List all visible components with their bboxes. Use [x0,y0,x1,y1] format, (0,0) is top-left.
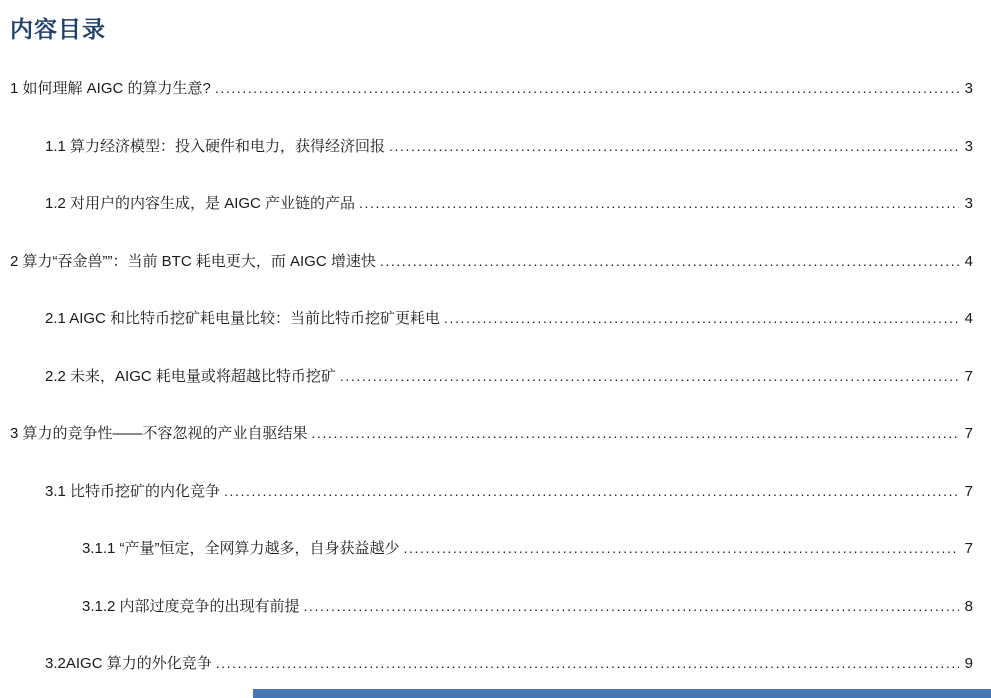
toc-dot-leader: ........................................… [404,540,959,556]
toc-dot-leader: ........................................… [224,483,959,499]
toc-entry-text: 1.1 算力经济模型：投入硬件和电力，获得经济回报 [45,135,385,156]
toc-dot-leader: ........................................… [304,598,959,614]
toc-page-number: 3 [963,195,973,212]
toc-dot-leader: ........................................… [340,368,959,384]
toc-page-number: 3 [963,80,973,97]
toc-entry[interactable]: 1.1 算力经济模型：投入硬件和电力，获得经济回报 ..............… [10,117,973,175]
toc-page-number: 4 [963,253,973,270]
toc-dot-leader: ........................................… [312,425,959,441]
table-of-contents: 1 如何理解 AIGC 的算力生意? .....................… [10,59,973,692]
toc-entry-text: 2.1 AIGC 和比特币挖矿耗电量比较：当前比特币挖矿更耗电 [45,307,440,328]
toc-entry[interactable]: 2.2 未来，AIGC 耗电量或将超越比特币挖矿 ...............… [10,347,973,405]
toc-page-number: 9 [963,655,973,672]
toc-dot-leader: ........................................… [359,195,959,211]
toc-entry[interactable]: 3.1.2 内部过度竞争的出现有前提 .....................… [10,577,973,635]
toc-entry[interactable]: 2 算力“吞金兽””：当前 BTC 耗电更大，而 AIGC 增速快 ......… [10,232,973,290]
toc-page-number: 3 [963,138,973,155]
toc-entry-text: 3.1 比特币挖矿的内化竞争 [45,480,220,501]
toc-page-number: 4 [963,310,973,327]
toc-dot-leader: ........................................… [380,253,959,269]
toc-entry-text: 3.2AIGC 算力的外化竞争 [45,652,212,673]
toc-title: 内容目录 [10,11,106,44]
toc-entry-text: 1 如何理解 AIGC 的算力生意? [10,77,211,98]
toc-entry-text: 1.2 对用户的内容生成，是 AIGC 产业链的产品 [45,192,355,213]
document-page: 内容目录 1 如何理解 AIGC 的算力生意? ................… [0,0,991,698]
toc-page-number: 7 [963,483,973,500]
toc-page-number: 8 [963,598,973,615]
toc-entry[interactable]: 3 算力的竞争性——不容忽视的产业自驱结果 ..................… [10,404,973,462]
toc-entry[interactable]: 3.1.1 “产量”恒定，全网算力越多，自身获益越少 .............… [10,519,973,577]
toc-entry[interactable]: 2.1 AIGC 和比特币挖矿耗电量比较：当前比特币挖矿更耗电 ........… [10,289,973,347]
toc-entry[interactable]: 1 如何理解 AIGC 的算力生意? .....................… [10,59,973,117]
toc-entry-text: 3 算力的竞争性——不容忽视的产业自驱结果 [10,422,308,443]
toc-entry[interactable]: 3.2AIGC 算力的外化竞争 ........................… [10,634,973,692]
toc-dot-leader: ........................................… [216,655,959,671]
toc-page-number: 7 [963,425,973,442]
toc-page-number: 7 [963,368,973,385]
toc-entry[interactable]: 3.1 比特币挖矿的内化竞争 .........................… [10,462,973,520]
toc-entry[interactable]: 1.2 对用户的内容生成，是 AIGC 产业链的产品 .............… [10,174,973,232]
toc-dot-leader: ........................................… [444,310,959,326]
toc-entry-text: 3.1.1 “产量”恒定，全网算力越多，自身获益越少 [82,537,400,558]
toc-entry-text: 2.2 未来，AIGC 耗电量或将超越比特币挖矿 [45,365,336,386]
toc-dot-leader: ........................................… [215,80,959,96]
horizontal-scrollbar-thumb[interactable] [253,689,991,698]
toc-entry-text: 3.1.2 内部过度竞争的出现有前提 [82,595,300,616]
toc-page-number: 7 [963,540,973,557]
toc-entry-text: 2 算力“吞金兽””：当前 BTC 耗电更大，而 AIGC 增速快 [10,250,376,271]
toc-dot-leader: ........................................… [389,138,959,154]
